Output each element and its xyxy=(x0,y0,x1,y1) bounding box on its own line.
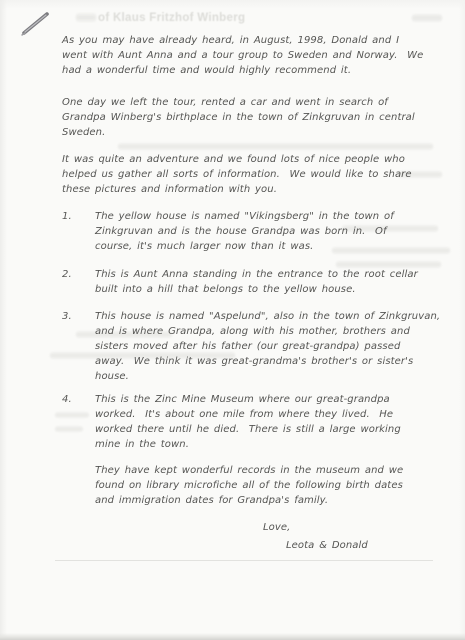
handwriting-line: went with Aunt Anna and a tour group to … xyxy=(62,48,423,63)
item-number: 2. xyxy=(62,267,95,297)
bleed-through-smudge xyxy=(118,143,433,150)
item-text: This house is named "Aspelund", also in … xyxy=(95,309,440,384)
closing-paragraph: They have kept wonderful records in the … xyxy=(95,463,403,508)
signature: Leota & Donald xyxy=(286,538,368,553)
item-number: 3. xyxy=(62,309,95,384)
handwriting-line: away. We think it was great-grandma's br… xyxy=(95,354,440,369)
handwriting-line: Sweden. xyxy=(62,125,415,140)
handwriting-line: course, it's much larger now than it was… xyxy=(95,239,394,254)
handwriting-line: and is where Grandpa, along with his mot… xyxy=(95,324,440,339)
handwriting-line: worked there until he died. There is sti… xyxy=(95,422,401,437)
handwriting-line: Zinkgruvan and is the house Grandpa was … xyxy=(95,224,394,239)
handwriting-line: found on library microfiche all of the f… xyxy=(95,478,403,493)
handwriting-line: mine in the town. xyxy=(95,437,401,452)
list-item: 1. The yellow house is named "Vikingsber… xyxy=(62,209,394,254)
handwriting-line: these pictures and information with you. xyxy=(62,182,412,197)
paragraph: As you may have already heard, in August… xyxy=(62,33,423,78)
handwriting-line: As you may have already heard, in August… xyxy=(62,33,423,48)
handwriting-line: One day we left the tour, rented a car a… xyxy=(62,95,415,110)
handwriting-line: worked. It's about one mile from where t… xyxy=(95,407,401,422)
bleed-through-title: of Klaus Fritzhof Winberg xyxy=(98,12,245,24)
handwriting-line: This house is named "Aspelund", also in … xyxy=(95,309,440,324)
handwriting-line: The yellow house is named "Vikingsberg" … xyxy=(95,209,394,224)
handwriting-line: Grandpa Winberg's birthplace in the town… xyxy=(62,110,415,125)
item-text: The yellow house is named "Vikingsberg" … xyxy=(95,209,394,254)
scan-bottom-edge xyxy=(0,633,465,640)
handwriting-line: and immigration dates for Grandpa's fami… xyxy=(95,493,403,508)
list-item: 3. This house is named "Aspelund", also … xyxy=(62,309,440,384)
list-item: 2. This is Aunt Anna standing in the ent… xyxy=(62,267,418,297)
handwriting-line: This is Aunt Anna standing in the entran… xyxy=(95,267,418,282)
letter-page: of Klaus Fritzhof Winberg As you may hav… xyxy=(0,0,465,640)
bleed-through-smudge xyxy=(76,13,96,22)
handwriting-line: house. xyxy=(95,369,440,384)
pen-mark xyxy=(16,8,56,40)
paragraph: One day we left the tour, rented a car a… xyxy=(62,95,415,140)
handwriting-line: They have kept wonderful records in the … xyxy=(95,463,403,478)
paragraph: It was quite an adventure and we found l… xyxy=(62,152,412,197)
handwriting-line: It was quite an adventure and we found l… xyxy=(62,152,412,167)
handwriting-line: This is the Zinc Mine Museum where our g… xyxy=(95,392,401,407)
item-number: 4. xyxy=(62,392,95,452)
item-text: This is Aunt Anna standing in the entran… xyxy=(95,267,418,297)
item-text: This is the Zinc Mine Museum where our g… xyxy=(95,392,401,452)
handwriting-line: helped us gather all sorts of informatio… xyxy=(62,167,412,182)
item-number: 1. xyxy=(62,209,95,254)
bleed-through-smudge xyxy=(412,14,442,22)
handwriting-line: had a wonderful time and would highly re… xyxy=(62,63,423,78)
handwriting-line: sisters moved after his father (our grea… xyxy=(95,339,440,354)
handwriting-line: built into a hill that belongs to the ye… xyxy=(95,282,418,297)
list-item: 4. This is the Zinc Mine Museum where ou… xyxy=(62,392,401,452)
valediction: Love, xyxy=(263,520,290,535)
crease-line xyxy=(55,560,433,561)
